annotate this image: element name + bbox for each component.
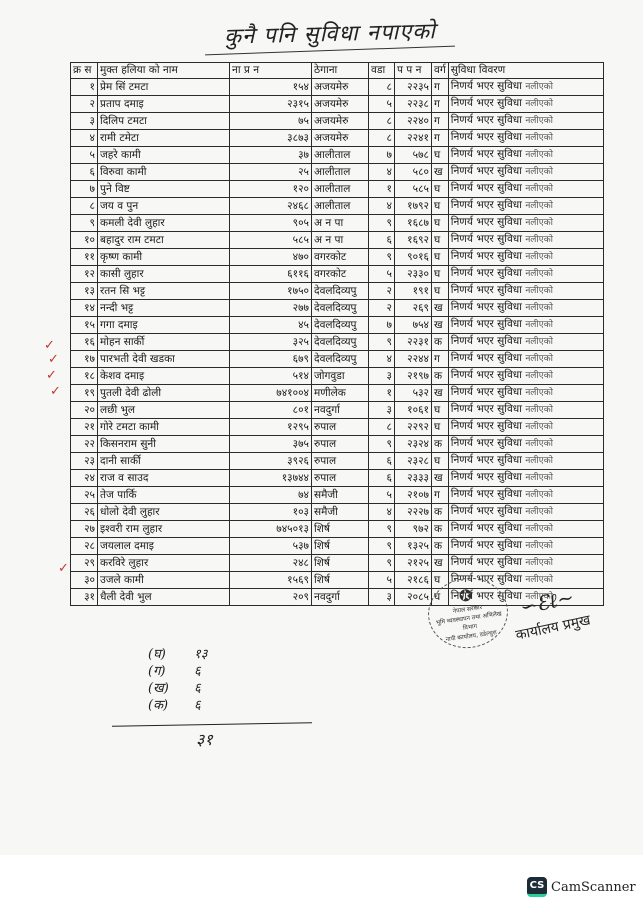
cell-serial: ५ xyxy=(71,147,98,164)
description-note: नलीएको xyxy=(525,252,553,262)
cell-ward: १ xyxy=(369,181,395,198)
cell-description: निणर्य भएर सुविधा नलीएको xyxy=(448,232,603,249)
cell-serial: १४ xyxy=(71,300,98,317)
description-note: नलीएको xyxy=(525,507,553,517)
description-text: निणर्य भएर सुविधा xyxy=(451,131,522,143)
cell-description: निणर्य भएर सुविधा नलीएको xyxy=(448,181,603,198)
cell-class: ग xyxy=(432,351,449,368)
cell-description: निणर्य भएर सुविधा नलीएको xyxy=(448,147,603,164)
cell-address: शिर्ष xyxy=(312,555,369,572)
cell-description: निणर्य भएर सुविधा नलीएको xyxy=(448,198,603,215)
cell-address: आलीताल xyxy=(312,164,369,181)
cell-name: जय व पुन xyxy=(98,198,230,215)
description-text: निणर्य भएर सुविधा xyxy=(451,471,522,483)
description-text: निणर्य भएर सुविधा xyxy=(451,369,522,381)
table-row: ८जय व पुन२४६८आलीताल४१७९२घनिणर्य भएर सुवि… xyxy=(71,198,604,215)
cell-id: २२४० xyxy=(395,113,432,130)
description-text: निणर्य भएर सुविधा xyxy=(451,267,522,279)
cell-class: क xyxy=(432,521,449,538)
cell-name: रामी टमेटा xyxy=(98,130,230,147)
cell-id: २३२४ xyxy=(395,436,432,453)
camscanner-label: CamScanner xyxy=(551,880,636,895)
col-header-serial: क्र स xyxy=(71,63,98,79)
cell-name: प्रेम सिं टमटा xyxy=(98,79,230,96)
cell-serial: २७ xyxy=(71,521,98,538)
cell-serial: १८ xyxy=(71,368,98,385)
table-row: ३०उजले कामी१५६९शिर्ष५२१८६घनिणर्य भएर सुव… xyxy=(71,572,604,589)
description-note: नलीएको xyxy=(525,405,553,415)
description-text: निणर्य भएर सुविधा xyxy=(451,437,522,449)
cell-description: निणर्य भएर सुविधा नलीएको xyxy=(448,96,603,113)
description-note: नलीएको xyxy=(525,218,553,228)
cell-address: शिर्ष xyxy=(312,572,369,589)
description-text: निणर्य भएर सुविधा xyxy=(451,335,522,347)
cell-name: इश्वरी राम लुहार xyxy=(98,521,230,538)
cell-description: निणर्य भएर सुविधा नलीएको xyxy=(448,351,603,368)
cell-id: २२३८ xyxy=(395,96,432,113)
red-checkmark: ✓ xyxy=(46,368,57,383)
cell-name: केशव दमाइ xyxy=(98,368,230,385)
cell-id: २१०७ xyxy=(395,487,432,504)
description-note: नलीएको xyxy=(525,201,553,211)
cell-address: अजयमेरु xyxy=(312,130,369,147)
description-note: नलीएको xyxy=(525,490,553,500)
cell-id: २३३३ xyxy=(395,470,432,487)
description-note: नलीएको xyxy=(525,320,553,330)
red-checkmark: ✓ xyxy=(50,384,61,399)
description-note: नलीएको xyxy=(525,150,553,160)
cell-address: देवलदिव्यपु xyxy=(312,300,369,317)
description-text: निणर्य भएर सुविधा xyxy=(451,522,522,534)
description-note: नलीएको xyxy=(525,286,553,296)
red-checkmark: ✓ xyxy=(48,352,59,367)
cell-ward: ६ xyxy=(369,232,395,249)
cell-address: रुपाल xyxy=(312,453,369,470)
cell-name: गगा दमाइ xyxy=(98,317,230,334)
cell-id: २२४१ xyxy=(395,130,432,147)
cell-certificate: ४७० xyxy=(230,249,312,266)
cell-description: निणर्य भएर सुविधा नलीएको xyxy=(448,300,603,317)
cell-description: निणर्य भएर सुविधा नलीएको xyxy=(448,385,603,402)
description-note: नलीएको xyxy=(525,558,553,568)
cell-name: दानी सार्की xyxy=(98,453,230,470)
cell-name: विरुवा कामी xyxy=(98,164,230,181)
cell-ward: ९ xyxy=(369,334,395,351)
table-row: २३दानी सार्की३९२६रुपाल६२३२८घनिणर्य भएर स… xyxy=(71,453,604,470)
tally-row: (क)६ xyxy=(148,697,208,714)
cell-name: कृष्ण कामी xyxy=(98,249,230,266)
cell-class: क xyxy=(432,436,449,453)
cell-address: देवलदिव्यपु xyxy=(312,351,369,368)
table-row: १२कासी लुहार६११६वगरकोट५२३३०घनिणर्य भएर स… xyxy=(71,266,604,283)
cell-serial: २६ xyxy=(71,504,98,521)
table-row: १७पारभती देवी खडका६७९देवलदिव्यपु४२२४४गनि… xyxy=(71,351,604,368)
cell-description: निणर्य भएर सुविधा नलीएको xyxy=(448,334,603,351)
cell-class: ख xyxy=(432,317,449,334)
cell-id: १७९२ xyxy=(395,198,432,215)
cell-address: अजयमेरु xyxy=(312,96,369,113)
cell-serial: ८ xyxy=(71,198,98,215)
cell-ward: ७ xyxy=(369,147,395,164)
cell-address: मणीलेक xyxy=(312,385,369,402)
description-text: निणर्य भएर सुविधा xyxy=(451,301,522,313)
cell-ward: ४ xyxy=(369,351,395,368)
cell-description: निणर्य भएर सुविधा नलीएको xyxy=(448,266,603,283)
cell-description: निणर्य भएर सुविधा नलीएको xyxy=(448,470,603,487)
cell-certificate: २४८ xyxy=(230,555,312,572)
cell-certificate: ७४ xyxy=(230,487,312,504)
cell-name: पुतली देवी ढोली xyxy=(98,385,230,402)
description-note: नलीएको xyxy=(525,439,553,449)
description-text: निणर्य भएर सुविधा xyxy=(451,284,522,296)
description-note: नलीएको xyxy=(525,456,553,466)
cell-class: ख xyxy=(432,164,449,181)
table-body: १प्रेम सिं टमटा१५४अजयमेरु८२२३५गनिणर्य भए… xyxy=(71,79,604,606)
cell-id: २१२५ xyxy=(395,555,432,572)
cell-ward: ३ xyxy=(369,589,395,606)
cell-serial: १७ xyxy=(71,351,98,368)
description-note: नलीएको xyxy=(525,99,553,109)
cell-address: देवलदिव्यपु xyxy=(312,334,369,351)
cell-address: रुपाल xyxy=(312,436,369,453)
table-row: ३दिलिप टमटा७५अजयमेरु८२२४०गनिणर्य भएर सुव… xyxy=(71,113,604,130)
cell-ward: ३ xyxy=(369,402,395,419)
tally-row: (ख)६ xyxy=(148,680,208,697)
cell-certificate: ५३७ xyxy=(230,538,312,555)
cell-id: २३३० xyxy=(395,266,432,283)
cell-description: निणर्य भएर सुविधा नलीएको xyxy=(448,368,603,385)
cell-description: निणर्य भएर सुविधा नलीएको xyxy=(448,487,603,504)
cell-serial: १० xyxy=(71,232,98,249)
cell-certificate: ८०१ xyxy=(230,402,312,419)
description-note: नलीएको xyxy=(525,422,553,432)
cell-name: जयलाल दमाइ xyxy=(98,538,230,555)
cell-address: जोगवुडा xyxy=(312,368,369,385)
cell-id: १६९२ xyxy=(395,232,432,249)
camscanner-watermark: CS CamScanner xyxy=(527,877,636,897)
cell-class: घ xyxy=(432,402,449,419)
cell-certificate: २४६८ xyxy=(230,198,312,215)
description-text: निणर्य भएर सुविधा xyxy=(451,250,522,262)
table-row: ६विरुवा कामी२५आलीताल४५८०खनिणर्य भएर सुवि… xyxy=(71,164,604,181)
cell-serial: १९ xyxy=(71,385,98,402)
cell-address: वगरकोट xyxy=(312,266,369,283)
col-header-class: वर्ग xyxy=(432,63,449,79)
cell-serial: ६ xyxy=(71,164,98,181)
cell-serial: २४ xyxy=(71,470,98,487)
table-row: २४राज व साउद१३७४४रुपाल६२३३३खनिणर्य भएर स… xyxy=(71,470,604,487)
cell-id: १३२५ xyxy=(395,538,432,555)
cell-id: ९०१६ xyxy=(395,249,432,266)
cell-name: किसनराम सुनी xyxy=(98,436,230,453)
cell-class: घ xyxy=(432,147,449,164)
red-checkmark: ✓ xyxy=(58,561,69,576)
cell-ward: २ xyxy=(369,283,395,300)
cell-ward: ८ xyxy=(369,130,395,147)
cell-ward: ४ xyxy=(369,164,395,181)
cell-id: ५७८ xyxy=(395,147,432,164)
table-row: २७इश्वरी राम लुहार७४५०१३शिर्ष९९७२कनिणर्य… xyxy=(71,521,604,538)
description-note: नलीएको xyxy=(525,473,553,483)
cell-class: ख xyxy=(432,555,449,572)
description-note: नलीएको xyxy=(525,303,553,313)
cell-address: शिर्ष xyxy=(312,521,369,538)
description-note: नलीएको xyxy=(525,82,553,92)
camscanner-logo-icon: CS xyxy=(527,877,547,897)
cell-id: २२३५ xyxy=(395,79,432,96)
description-note: नलीएको xyxy=(525,269,553,279)
table-row: २प्रताप दमाइ२३१५अजयमेरु५२२३८गनिणर्य भएर … xyxy=(71,96,604,113)
table-row: १०बहादुर राम टमटा५८५अ न पा६१६९२घनिणर्य भ… xyxy=(71,232,604,249)
description-text: निणर्य भएर सुविधा xyxy=(451,233,522,245)
cell-class: क xyxy=(432,538,449,555)
register-table: क्र स मुक्त हलिया को नाम ना प्र न ठेगाना… xyxy=(70,62,604,606)
cell-ward: ४ xyxy=(369,504,395,521)
cell-address: आलीताल xyxy=(312,181,369,198)
cell-name: पारभती देवी खडका xyxy=(98,351,230,368)
cell-class: घ xyxy=(432,215,449,232)
cell-address: आलीताल xyxy=(312,147,369,164)
cell-serial: १५ xyxy=(71,317,98,334)
cell-name: कासी लुहार xyxy=(98,266,230,283)
cell-name: करविरे लुहार xyxy=(98,555,230,572)
description-note: नलीएको xyxy=(525,184,553,194)
cell-id: २२४४ xyxy=(395,351,432,368)
cell-description: निणर्य भएर सुविधा नलीएको xyxy=(448,164,603,181)
cell-certificate: १०३ xyxy=(230,504,312,521)
cell-certificate: १५४ xyxy=(230,79,312,96)
cell-certificate: ५८५ xyxy=(230,232,312,249)
cell-class: ग xyxy=(432,130,449,147)
cell-serial: ७ xyxy=(71,181,98,198)
cell-class: घ xyxy=(432,232,449,249)
cell-address: समैजी xyxy=(312,487,369,504)
cell-serial: २० xyxy=(71,402,98,419)
cell-description: निणर्य भएर सुविधा नलीएको xyxy=(448,215,603,232)
cell-ward: ९ xyxy=(369,249,395,266)
cell-id: ५३२ xyxy=(395,385,432,402)
cell-certificate: ४५ xyxy=(230,317,312,334)
cell-certificate: ३८७३ xyxy=(230,130,312,147)
cell-name: बहादुर राम टमटा xyxy=(98,232,230,249)
description-note: नलीएको xyxy=(525,524,553,534)
cell-class: क xyxy=(432,334,449,351)
table-row: ५जहरे कामी३७आलीताल७५७८घनिणर्य भएर सुविधा… xyxy=(71,147,604,164)
cell-ward: ८ xyxy=(369,79,395,96)
cell-address: नवदुर्गा xyxy=(312,402,369,419)
red-checkmark: ✓ xyxy=(44,338,55,353)
cell-serial: ३० xyxy=(71,572,98,589)
description-note: नलीएको xyxy=(525,541,553,551)
cell-description: निणर्य भएर सुविधा नलीएको xyxy=(448,79,603,96)
col-header-certificate: ना प्र न xyxy=(230,63,312,79)
cell-id: २१९७ xyxy=(395,368,432,385)
description-text: निणर्य भएर सुविधा xyxy=(451,403,522,415)
cell-serial: ३ xyxy=(71,113,98,130)
cell-name: राज व साउद xyxy=(98,470,230,487)
cell-ward: ६ xyxy=(369,470,395,487)
table-header-row: क्र स मुक्त हलिया को नाम ना प्र न ठेगाना… xyxy=(71,63,604,79)
tally-divider xyxy=(112,722,312,726)
cell-certificate: ३२५ xyxy=(230,334,312,351)
col-header-address: ठेगाना xyxy=(312,63,369,79)
table-row: १८केशव दमाइ५१४जोगवुडा३२१९७कनिणर्य भएर सु… xyxy=(71,368,604,385)
table-row: ४रामी टमेटा३८७३अजयमेरु८२२४१गनिणर्य भएर स… xyxy=(71,130,604,147)
cell-description: निणर्य भएर सुविधा नलीएको xyxy=(448,436,603,453)
tally-total: ३१ xyxy=(196,728,213,750)
cell-certificate: २३१५ xyxy=(230,96,312,113)
tally-row: (घ)१३ xyxy=(148,646,208,663)
cell-address: शिर्ष xyxy=(312,538,369,555)
cell-name: रतन सि भट्ट xyxy=(98,283,230,300)
cell-description: निणर्य भएर सुविधा नलीएको xyxy=(448,113,603,130)
cell-serial: २३ xyxy=(71,453,98,470)
table-row: २१गोरे टमटा कामी१२९५रुपाल८२२९२घनिणर्य भए… xyxy=(71,419,604,436)
description-text: निणर्य भएर सुविधा xyxy=(451,182,522,194)
cell-name: जहरे कामी xyxy=(98,147,230,164)
cell-ward: १ xyxy=(369,385,395,402)
cell-certificate: ३९२६ xyxy=(230,453,312,470)
description-text: निणर्य भएर सुविधा xyxy=(451,539,522,551)
description-note: नलीएको xyxy=(525,235,553,245)
description-note: नलीएको xyxy=(525,133,553,143)
cell-ward: ५ xyxy=(369,96,395,113)
cell-certificate: १२० xyxy=(230,181,312,198)
cell-ward: ३ xyxy=(369,368,395,385)
table-row: १३रतन सि भट्ट१७५०देवलदिव्यपु२१९१घनिणर्य … xyxy=(71,283,604,300)
table-row: २८जयलाल दमाइ५३७शिर्ष९१३२५कनिणर्य भएर सुव… xyxy=(71,538,604,555)
table-row: २०लछी भुल८०१नवदुर्गा३१०६१घनिणर्य भएर सुव… xyxy=(71,402,604,419)
cell-description: निणर्य भएर सुविधा नलीएको xyxy=(448,283,603,300)
cell-class: क xyxy=(432,504,449,521)
description-note: नलीएको xyxy=(525,388,553,398)
cell-class: ग xyxy=(432,487,449,504)
cell-address: समैजी xyxy=(312,504,369,521)
scanned-page: कुनै पनि सुविधा नपाएको क्र स मुक्त हलिया… xyxy=(0,0,643,855)
cell-name: प्रताप दमाइ xyxy=(98,96,230,113)
cell-name: तेज पार्कि xyxy=(98,487,230,504)
cell-certificate: ३७५ xyxy=(230,436,312,453)
table-row: ७पुने विष्ट१२०आलीताल१५८५घनिणर्य भएर सुवि… xyxy=(71,181,604,198)
col-header-description: सुविधा विवरण xyxy=(448,63,603,79)
cell-name: धैली देवी भुल xyxy=(98,589,230,606)
cell-class: घ xyxy=(432,198,449,215)
cell-ward: ५ xyxy=(369,572,395,589)
cell-serial: २२ xyxy=(71,436,98,453)
cell-class: घ xyxy=(432,249,449,266)
cell-id: २२३१ xyxy=(395,334,432,351)
cell-description: निणर्य भएर सुविधा नलीएको xyxy=(448,130,603,147)
cell-address: आलीताल xyxy=(312,198,369,215)
cell-name: मोहन सार्की xyxy=(98,334,230,351)
cell-ward: ८ xyxy=(369,419,395,436)
cell-id: ५८५ xyxy=(395,181,432,198)
cell-address: अजयमेरु xyxy=(312,113,369,130)
description-note: नलीएको xyxy=(525,337,553,347)
table-row: १प्रेम सिं टमटा१५४अजयमेरु८२२३५गनिणर्य भए… xyxy=(71,79,604,96)
cell-serial: ९ xyxy=(71,215,98,232)
cell-description: निणर्य भएर सुविधा नलीएको xyxy=(448,453,603,470)
cell-description: निणर्य भएर सुविधा नलीएको xyxy=(448,555,603,572)
table-row: १४नन्दी भट्ट२७७देवलदिव्यपु२२६९खनिणर्य भए… xyxy=(71,300,604,317)
cell-name: दिलिप टमटा xyxy=(98,113,230,130)
cell-address: अ न पा xyxy=(312,232,369,249)
cell-ward: ४ xyxy=(369,198,395,215)
cell-certificate: १३७४४ xyxy=(230,470,312,487)
cell-id: २१८६ xyxy=(395,572,432,589)
cell-description: निणर्य भएर सुविधा नलीएको xyxy=(448,317,603,334)
cell-ward: ५ xyxy=(369,487,395,504)
cell-id: १९१ xyxy=(395,283,432,300)
cell-ward: ९ xyxy=(369,521,395,538)
cell-address: रुपाल xyxy=(312,470,369,487)
cell-ward: ९ xyxy=(369,555,395,572)
cell-class: घ xyxy=(432,266,449,283)
cell-address: देवलदिव्यपु xyxy=(312,317,369,334)
cell-serial: १६ xyxy=(71,334,98,351)
cell-serial: २९ xyxy=(71,555,98,572)
cell-address: अजयमेरु xyxy=(312,79,369,96)
table-row: १९पुतली देवी ढोली७४१००४मणीलेक१५३२खनिणर्य… xyxy=(71,385,604,402)
table-row: २२किसनराम सुनी३७५रुपाल९२३२४कनिणर्य भएर स… xyxy=(71,436,604,453)
cell-class: ख xyxy=(432,470,449,487)
cell-description: निणर्य भएर सुविधा नलीएको xyxy=(448,249,603,266)
description-text: निणर्य भएर सुविधा xyxy=(451,114,522,126)
cell-serial: २ xyxy=(71,96,98,113)
cell-name: लछी भुल xyxy=(98,402,230,419)
cell-certificate: २७७ xyxy=(230,300,312,317)
description-text: निणर्य भएर सुविधा xyxy=(451,488,522,500)
class-tally: (घ)१३ (ग)६ (ख)६ (क)६ xyxy=(148,646,208,714)
cell-id: १६८७ xyxy=(395,215,432,232)
cell-name: कमली देवी लुहार xyxy=(98,215,230,232)
cell-certificate: १२९५ xyxy=(230,419,312,436)
cell-serial: २८ xyxy=(71,538,98,555)
cell-class: घ xyxy=(432,181,449,198)
cell-certificate: ७५ xyxy=(230,113,312,130)
cell-serial: १२ xyxy=(71,266,98,283)
description-text: निणर्य भएर सुविधा xyxy=(451,556,522,568)
cell-ward: ९ xyxy=(369,436,395,453)
cell-address: नवदुर्गा xyxy=(312,589,369,606)
cell-class: ग xyxy=(432,96,449,113)
cell-ward: ८ xyxy=(369,113,395,130)
description-note: नलीएको xyxy=(525,167,553,177)
cell-certificate: ६७९ xyxy=(230,351,312,368)
cell-id: २६९ xyxy=(395,300,432,317)
description-text: निणर्य भएर सुविधा xyxy=(451,216,522,228)
cell-class: ग xyxy=(432,79,449,96)
cell-id: ७५४ xyxy=(395,317,432,334)
cell-id: २२९२ xyxy=(395,419,432,436)
cell-address: देवलदिव्यपु xyxy=(312,283,369,300)
cell-address: वगरकोट xyxy=(312,249,369,266)
description-text: निणर्य भएर सुविधा xyxy=(451,318,522,330)
cell-certificate: १७५० xyxy=(230,283,312,300)
cell-class: घ xyxy=(432,453,449,470)
table-row: २९करविरे लुहार२४८शिर्ष९२१२५खनिणर्य भएर स… xyxy=(71,555,604,572)
col-header-name: मुक्त हलिया को नाम xyxy=(98,63,230,79)
cell-name: गोरे टमटा कामी xyxy=(98,419,230,436)
cell-description: निणर्य भएर सुविधा नलीएको xyxy=(448,504,603,521)
cell-class: ख xyxy=(432,385,449,402)
description-text: निणर्य भएर सुविधा xyxy=(451,420,522,432)
cell-ward: ५ xyxy=(369,266,395,283)
cell-ward: २ xyxy=(369,300,395,317)
description-text: निणर्य भएर सुविधा xyxy=(451,148,522,160)
table-row: १५गगा दमाइ४५देवलदिव्यपु७७५४खनिणर्य भएर स… xyxy=(71,317,604,334)
table-row: ९कमली देवी लुहार९०५अ न पा९१६८७घनिणर्य भए… xyxy=(71,215,604,232)
